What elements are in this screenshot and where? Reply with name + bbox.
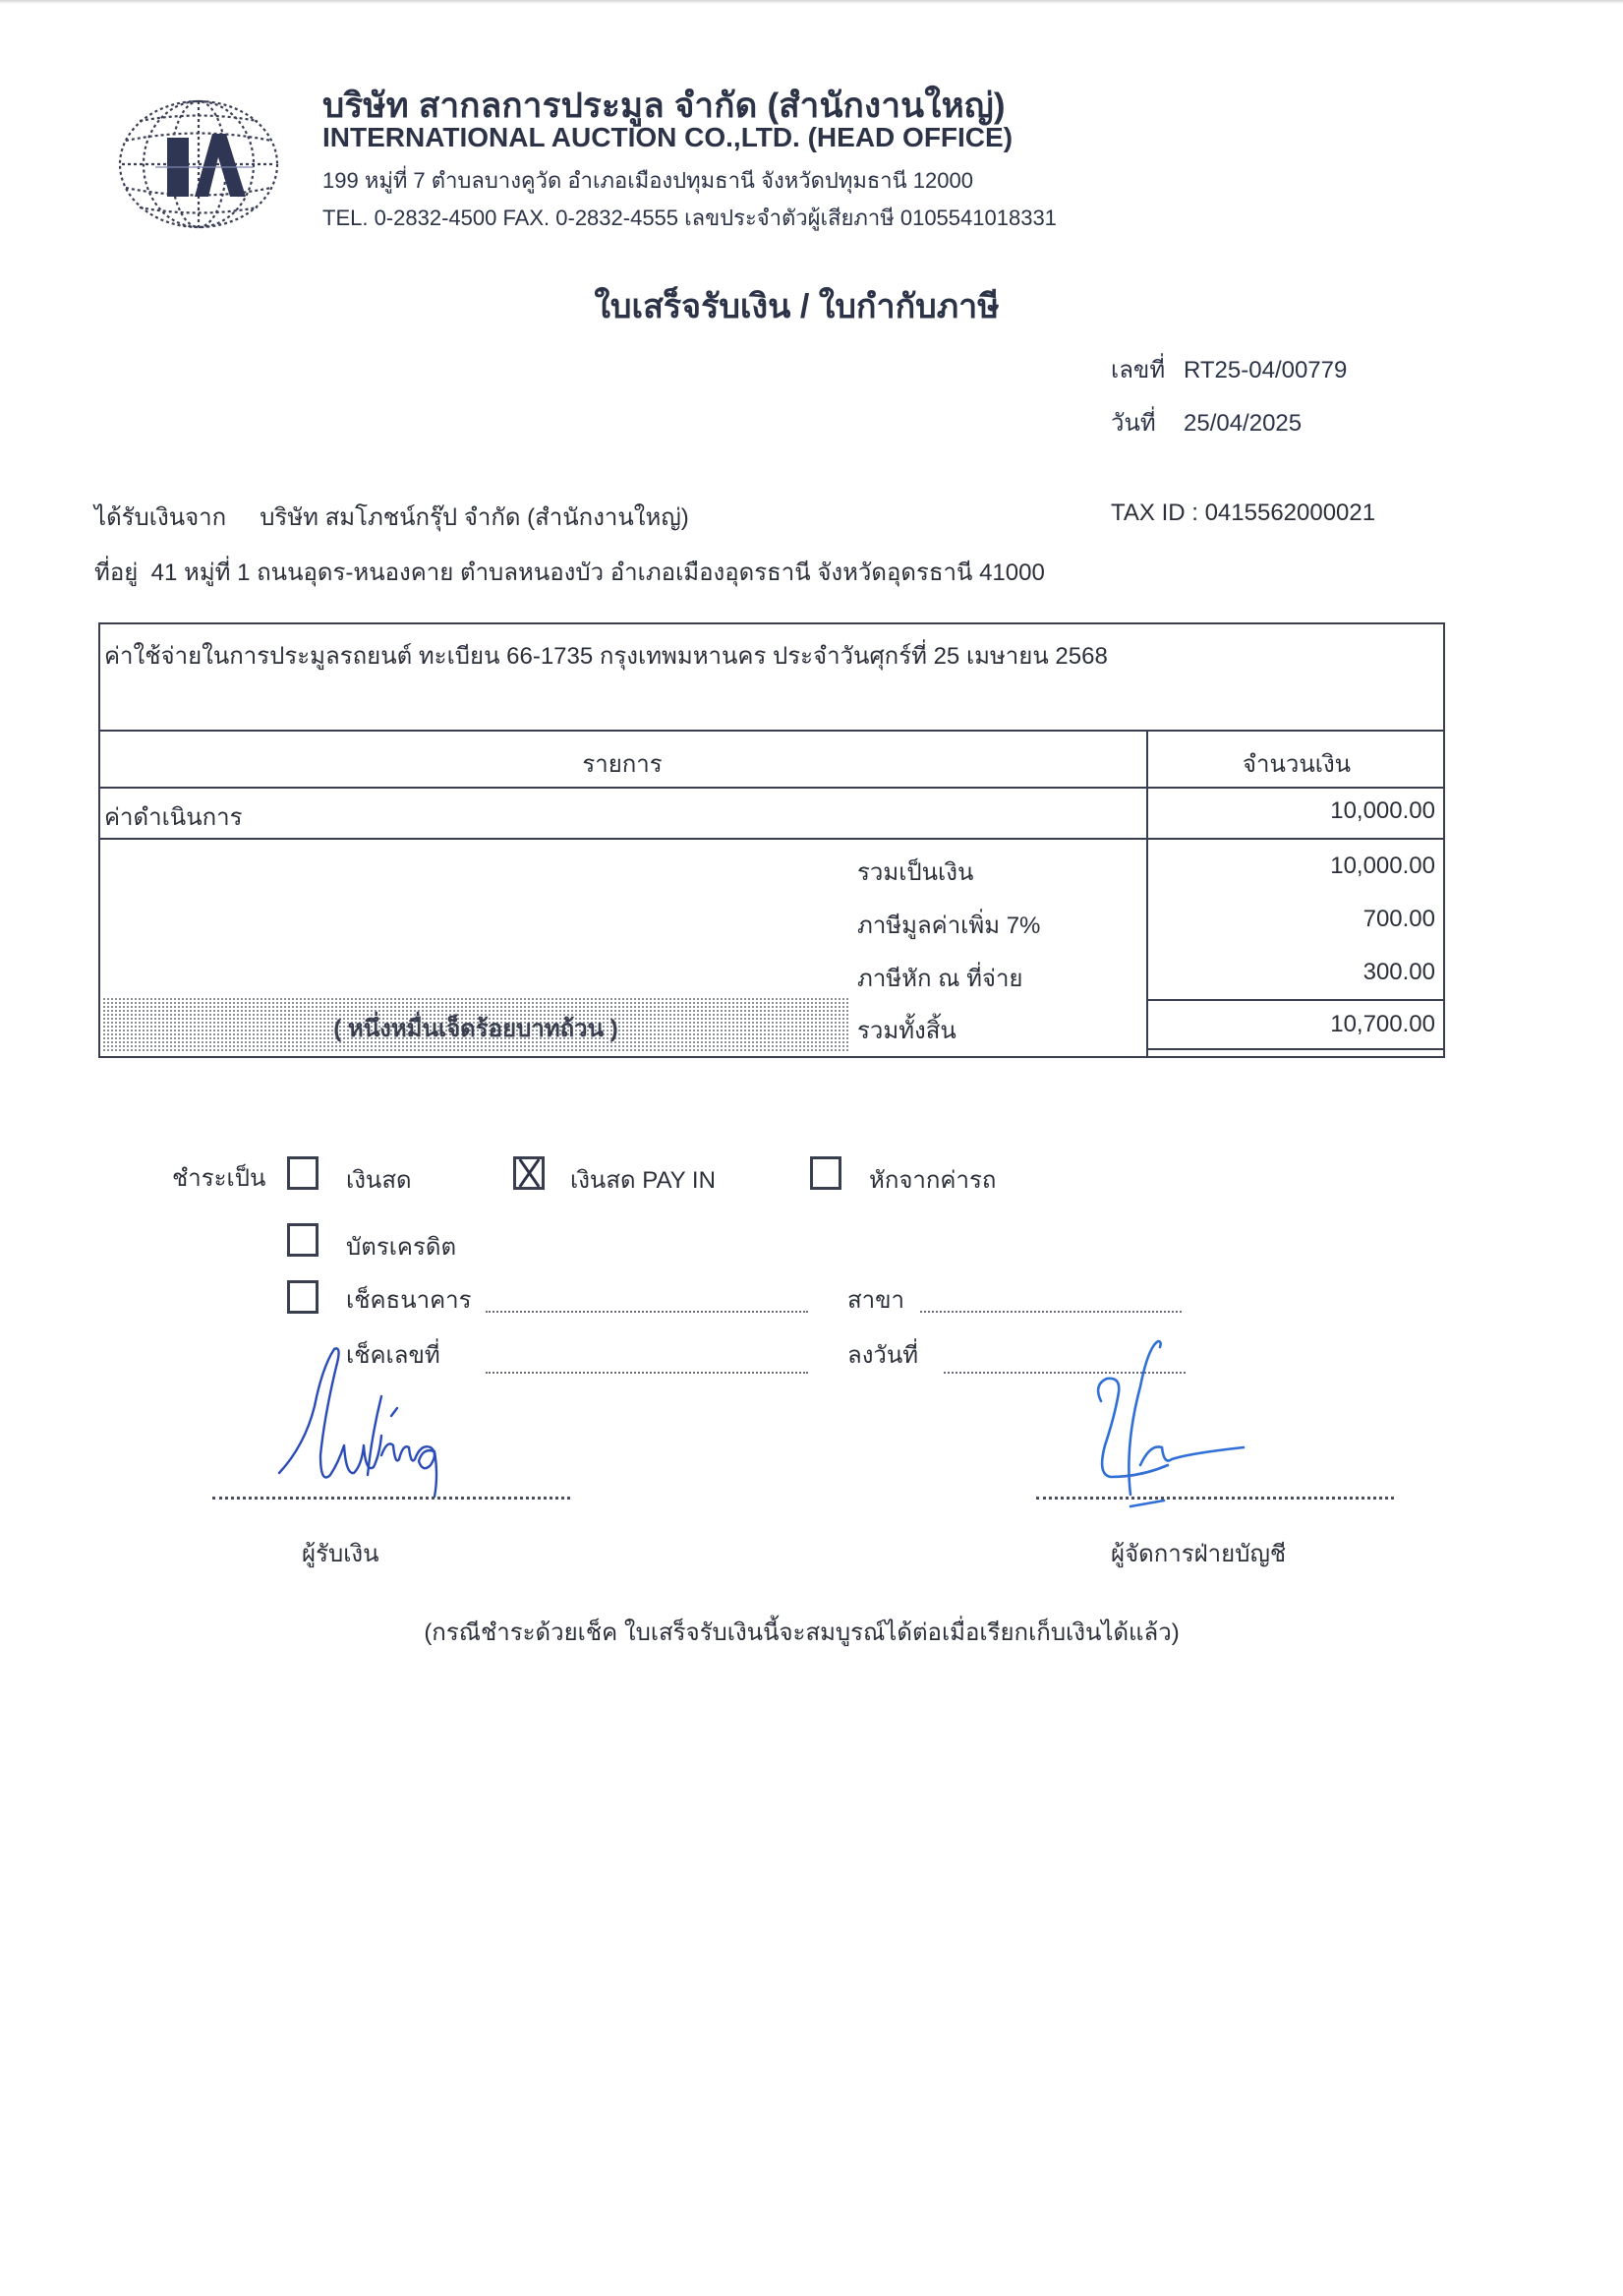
manager-signature-line bbox=[1036, 1497, 1394, 1500]
table-divider bbox=[100, 838, 1443, 840]
subtotal-label: รวมเป็นเงิน bbox=[857, 853, 973, 891]
receiver-signature-line bbox=[212, 1497, 570, 1500]
customer-address-label: ที่อยู่ bbox=[94, 559, 138, 586]
receipt-date-label: วันที่ bbox=[1111, 403, 1184, 442]
cheque-footnote: (กรณีชำระด้วยเช็ค ใบเสร็จรับเงินนี้จะสมบ… bbox=[0, 1613, 1623, 1651]
option-cash-label: เงินสด bbox=[346, 1160, 412, 1199]
page-top-edge bbox=[0, 0, 1623, 4]
amount-column-divider bbox=[1146, 730, 1148, 1056]
globe-ia-logo-icon bbox=[116, 96, 281, 232]
document-title-text: ใบเสร็จรับเงิน / ใบกำกับภาษี bbox=[594, 279, 999, 332]
grand-total-label: รวมทั้งสิ้น bbox=[857, 1011, 956, 1049]
customer-tax-id-row: TAX ID : 0415562000021 bbox=[1111, 500, 1375, 527]
checkbox-cash-pay-in[interactable] bbox=[513, 1156, 545, 1190]
receipt-number: RT25-04/00779 bbox=[1184, 357, 1347, 383]
company-address: 199 หมู่ที่ 7 ตำบลบางคูวัด อำเภอเมืองปทุ… bbox=[322, 163, 973, 198]
total-double-underline bbox=[1146, 1048, 1443, 1050]
option-deduct-from-car-label: หักจากค่ารถ bbox=[869, 1160, 996, 1199]
option-bank-cheque-label: เช็คธนาคาร bbox=[346, 1280, 472, 1319]
receipt-table: ค่าใช้จ่ายในการประมูลรถยนต์ ทะเบียน 66-1… bbox=[98, 622, 1445, 1058]
payment-method-label: ชำระเป็น bbox=[172, 1158, 265, 1197]
branch-field[interactable] bbox=[920, 1311, 1182, 1313]
expense-description: ค่าใช้จ่ายในการประมูลรถยนต์ ทะเบียน 66-1… bbox=[104, 636, 1108, 675]
grand-total-amount: 10,700.00 bbox=[1330, 1011, 1435, 1038]
branch-label: สาขา bbox=[847, 1280, 904, 1319]
withholding-tax-label: ภาษีหัก ณ ที่จ่าย bbox=[857, 959, 1023, 997]
withholding-tax-amount: 300.00 bbox=[1363, 959, 1435, 986]
amount-in-words-box: ( หนึ่งหมื่นเจ็ดร้อยบาทถ้วน ) bbox=[102, 997, 849, 1052]
cheque-date-label: ลงวันที่ bbox=[847, 1335, 918, 1374]
manager-signature-icon bbox=[1072, 1327, 1298, 1514]
receipt-number-row: เลขที่RT25-04/00779 bbox=[1111, 350, 1347, 388]
total-divider bbox=[1146, 999, 1443, 1001]
receipt-date-row: วันที่25/04/2025 bbox=[1111, 403, 1302, 442]
checkbox-deduct-from-car[interactable] bbox=[810, 1156, 841, 1190]
subtotal-amount: 10,000.00 bbox=[1330, 853, 1435, 880]
receiver-title: ผู้รับเงิน bbox=[302, 1534, 379, 1572]
vat-amount: 700.00 bbox=[1363, 906, 1435, 933]
document-title: ใบเสร็จรับเงิน / ใบกำกับภาษี bbox=[0, 279, 1623, 332]
checkbox-cash[interactable] bbox=[287, 1156, 319, 1190]
line-item-label: ค่าดำเนินการ bbox=[104, 797, 243, 836]
column-header-item: รายการ bbox=[100, 744, 1144, 783]
checkbox-credit-card[interactable] bbox=[287, 1223, 319, 1257]
option-credit-card-label: บัตรเครดิต bbox=[346, 1227, 456, 1266]
customer-address-row: ที่อยู่ 41 หมู่ที่ 1 ถนนอุดร-หนองคาย ตำบ… bbox=[94, 553, 1045, 591]
amount-in-words: ( หนึ่งหมื่นเจ็ดร้อยบาทถ้วน ) bbox=[102, 1009, 849, 1047]
receiver-signature-icon bbox=[265, 1337, 462, 1504]
received-from-label: ได้รับเงินจาก bbox=[94, 504, 226, 531]
line-item-amount: 10,000.00 bbox=[1330, 797, 1435, 825]
table-divider bbox=[100, 730, 1443, 732]
customer-address: 41 หมู่ที่ 1 ถนนอุดร-หนองคาย ตำบลหนองบัว… bbox=[151, 559, 1045, 586]
vat-label: ภาษีมูลค่าเพิ่ม 7% bbox=[857, 906, 1040, 944]
column-header-amount: จำนวนเงิน bbox=[1150, 744, 1443, 783]
customer-name: บริษัท สมโภชน์กรุ๊ป จำกัด (สำนักงานใหญ่) bbox=[260, 504, 689, 531]
option-cash-pay-in-label: เงินสด PAY IN bbox=[570, 1160, 716, 1199]
cheque-footnote-text: (กรณีชำระด้วยเช็ค ใบเสร็จรับเงินนี้จะสมบ… bbox=[424, 1613, 1179, 1651]
received-from-row: ได้รับเงินจากบริษัท สมโภชน์กรุ๊ป จำกัด (… bbox=[94, 498, 689, 536]
table-divider bbox=[100, 787, 1443, 789]
company-contact: TEL. 0-2832-4500 FAX. 0-2832-4555 เลขประ… bbox=[322, 201, 1057, 235]
checkbox-bank-cheque[interactable] bbox=[287, 1280, 319, 1314]
receipt-number-label: เลขที่ bbox=[1111, 350, 1184, 388]
customer-tax-id: 0415562000021 bbox=[1205, 500, 1376, 526]
bank-name-field[interactable] bbox=[486, 1311, 808, 1313]
cheque-number-field[interactable] bbox=[486, 1372, 808, 1374]
tax-id-label: TAX ID : bbox=[1111, 500, 1198, 526]
receipt-date: 25/04/2025 bbox=[1184, 410, 1302, 437]
company-name-english: INTERNATIONAL AUCTION CO.,LTD. (HEAD OFF… bbox=[322, 122, 1013, 153]
manager-title: ผู้จัดการฝ่ายบัญชี bbox=[1111, 1534, 1286, 1572]
